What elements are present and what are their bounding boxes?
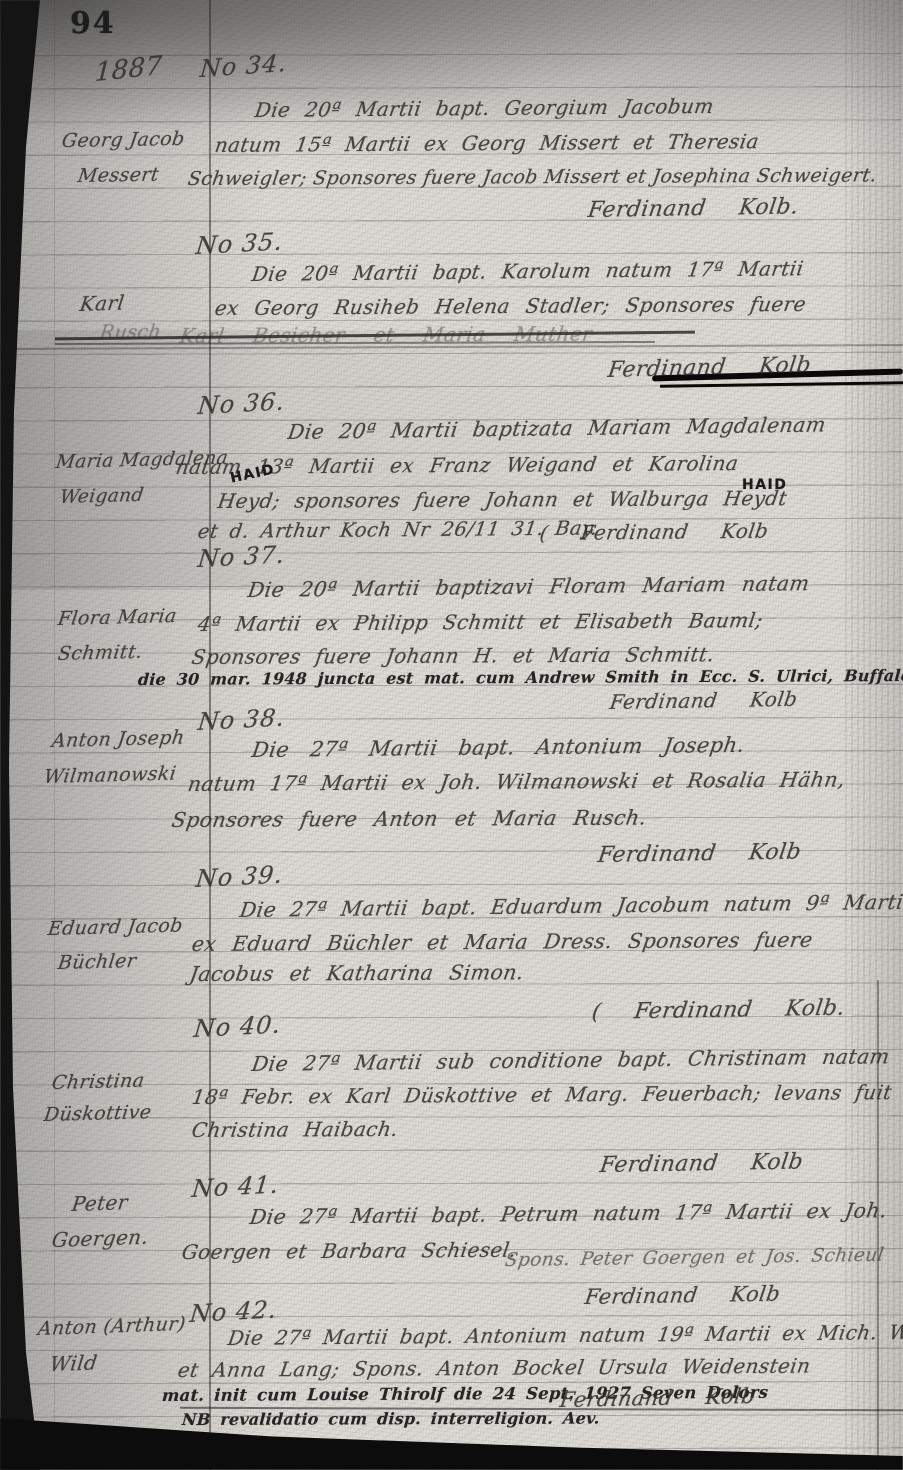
year-label: 1887 [94,51,163,88]
record-text-line: natum 17ª Martii ex Joh. Wilmanowski et … [186,767,847,796]
entry-number: No 34. [199,49,289,83]
entry-number: No 41. [191,1170,281,1203]
haid-stamp: HAID [742,477,787,493]
record-text-line: 18ª Febr. ex Karl Düskottive et Marg. Fe… [190,1080,894,1109]
entry-number: No 42. [189,1295,279,1328]
priest-signature: Ferdinand Kolb [598,1149,805,1178]
record-text-line: Sponsores fuere Anton et Maria Rusch. [170,806,648,833]
register-page: 94 1887 No 34. Die 20ª Martii bapt. Geor… [0,0,903,1470]
margin-name-line: Weigand [59,485,146,508]
record-text-line: Die 27ª Martii bapt. Antonium Joseph. [250,733,746,762]
record-text-line: Spons. Peter Goergen et Jos. Schieul [503,1245,885,1271]
record-text-line: Die 20ª Martii baptizavi Floram Mariam n… [246,571,811,602]
record-text-line: Jacobus et Katharina Simon. [188,960,526,986]
record-text-line: Goergen et Barbara Schiesel. [180,1238,518,1264]
record-text-line: 4ª Martii ex Philipp Schmitt et Elisabet… [196,608,764,636]
record-text-line: ex Georg Rusiheb Helena Stadler; Sponsor… [213,292,808,320]
record-text-line: Die 27ª Martii sub conditione bapt. Chri… [250,1044,891,1076]
record-text-line: Karl Besicher et Maria Muther [178,322,594,348]
record-text-line: Heyd; sponsores fuere Johann et Walburga… [216,486,789,513]
margin-name-line: Anton (Arthur) [37,1313,187,1340]
record-text-line: Die 27ª Martii bapt. Antonium natum 19ª … [226,1320,903,1350]
priest-signature: Ferdinand Kolb [606,353,812,383]
ink-scribble [660,381,903,387]
margin-name-line: Georg Jacob [60,128,186,152]
record-text-line: Sponsores fuere Johann H. et Maria Schmi… [190,642,716,669]
margin-name-line: Karl [79,290,126,316]
priest-signature: Ferdinand Kolb [608,687,799,714]
margin-name-line: Messert [76,164,160,187]
priest-signature: ( Ferdinand Kolb. [590,996,846,1025]
margin-name-line: Christina [51,1070,146,1095]
entry-number: No 36. [197,387,287,420]
marginal-annotation: die 30 mar. 1948 juncta est mat. cum And… [137,666,903,689]
priest-signature: Ferdinand Kolb [596,839,803,868]
margin-name-line: Anton Joseph [51,726,186,752]
margin-name-line: Flora Maria [57,605,179,630]
margin-name-line: Peter [71,1190,130,1216]
marginal-annotation: NB revalidatio cum disp. interreligion. … [181,1409,600,1429]
margin-name-line: Goergen. [51,1225,150,1252]
record-text-line: Die 20ª Martii baptizata Mariam Magdalen… [286,412,827,444]
page-number: 94 [70,6,116,41]
margin-name-line: Eduard Jacob [47,914,185,940]
record-text-line: ex Eduard Büchler et Maria Dress. Sponso… [190,928,814,956]
left-edge-shadow [0,0,46,1470]
record-text-line: Die 27ª Martii bapt. Petrum natum 17ª Ma… [248,1198,889,1229]
record-text-line: Schweigler; Sponsores fuere Jacob Misser… [186,164,878,190]
margin-name-line: Rusch [98,321,162,344]
priest-signature: Ferdinand Kolb [583,1282,782,1309]
record-text-line: Die 27ª Martii bapt. Eduardum Jacobum na… [238,890,903,922]
margin-name-line: Wild [49,1350,99,1376]
record-text-line: Die 20ª Martii bapt. Karolum natum 17ª M… [250,256,805,286]
margin-name-line: Wilmanowski [43,762,178,788]
entry-number: No 37. [197,540,287,573]
entry-number: No 38. [197,703,287,736]
margin-name-line: Büchler [57,950,138,974]
priest-signature: Ferdinand Kolb. [586,194,800,223]
priest-signature: ( Ferdinand Kolb [538,519,770,545]
margin-name-line: Düskottive [43,1101,153,1126]
entry-number: No 35. [195,227,285,260]
record-text-line: natum 15ª Martii ex Georg Missert et The… [213,129,761,157]
record-text-line: Die 20ª Martii bapt. Georgium Jacobum [253,94,715,122]
entry-number: No 39. [195,860,285,893]
record-text-line: et Anna Lang; Spons. Anton Bockel Ursula… [176,1354,812,1382]
margin-name-line: Schmitt. [57,641,144,665]
entry-number: No 40. [193,1010,283,1043]
record-text-line: Christina Haibach. [190,1117,400,1142]
